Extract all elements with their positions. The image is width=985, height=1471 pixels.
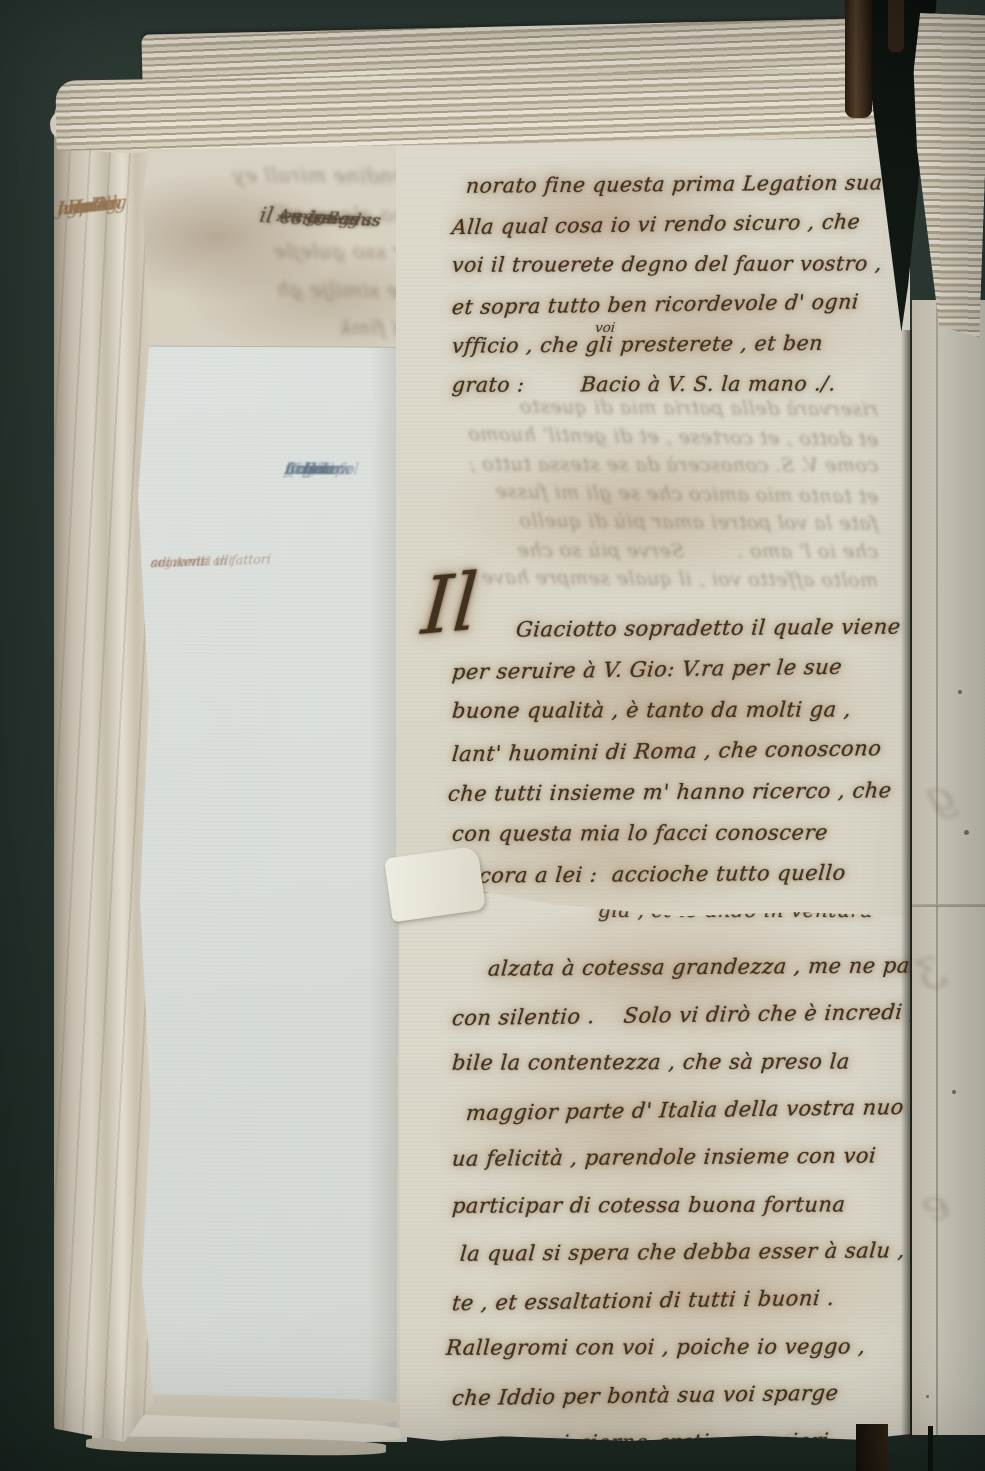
manuscript-line: lant' huomini di Roma , che conoscono (450, 728, 908, 775)
manuscript-line: maggior parte d' Italia della vostra nuo… (464, 1083, 912, 1137)
showthrough-line: et tanto mio amico che se gli mi fusse (451, 477, 880, 511)
right-page-lower-leaf: già , et io ando in ventura alzata à cot… (400, 876, 910, 1442)
manuscript-line: et sopra tutto ben ricordevole d' ogni (450, 281, 902, 327)
manuscript-line: per seruire à V. Gio: V.ra per le sue (450, 646, 908, 693)
showthrough-line: molto affetto voi , il quale sempre have (451, 563, 879, 595)
right-page-upper-leaf: · 6 · norato fine questa prima Legation … (396, 112, 910, 942)
binding-rod (888, 0, 904, 52)
manuscript-line: la qual si spera che debba esser à salu … (458, 1227, 912, 1278)
ink-speck (964, 830, 969, 835)
manuscript-photo-scene: hendine mirall eycho gle ve sillyfir sso… (0, 0, 985, 1471)
opening-paragraph: norato fine questa prima Legation sua .A… (452, 164, 900, 404)
ink-speck (958, 690, 962, 694)
page-edge-ink-fragments: JampechRadomihowburlewesta 2gHoldmargwee… (60, 157, 151, 167)
lower-paragraph: alzata à cotessa grandezza , me ne passe… (452, 944, 910, 1467)
gutter-shadow (901, 330, 912, 1440)
manuscript-line: alzata à cotessa grandezza , me ne passe… (486, 942, 912, 993)
manuscript-line: bile la contentezza , che sà preso la (450, 1038, 911, 1087)
manuscript-line: Giaciotto sopradetto il quale viene (514, 606, 907, 650)
torn-paper-sliver (384, 846, 486, 922)
book-top-page-edges (56, 67, 913, 150)
showthrough-line: et dotto , et cortese , et di gentil' hu… (451, 420, 880, 454)
showthrough-flourish: g (919, 767, 962, 824)
showthrough-line: come V. S. conoscerà da se stessa tutto … (451, 450, 879, 480)
manuscript-line: sopra ogni giorno gratie maggiori , (450, 1417, 912, 1468)
showthrough-flourish: ʒ (912, 937, 948, 993)
facing-page-strip: g ʒ e (912, 300, 985, 1435)
showthrough-smudge-lines: hendine mirall eycho gle ve sillyfir sso… (140, 156, 418, 346)
inkblot-showthrough-block: hendine mirall eycho gle ve sillyfir sso… (134, 146, 426, 372)
interlinear-insertion: voi (594, 320, 616, 336)
manuscript-line: Rallegromi con voi , poiche io veggo , (444, 1323, 911, 1372)
showthrough-line: hendine mirall ey (138, 155, 419, 195)
manuscript-line: ancora a lei : accioche tutto quello (450, 852, 907, 897)
ink-speck (926, 1395, 929, 1398)
binding-strap (856, 1424, 888, 1471)
margin-note-line: seguenti (150, 551, 206, 575)
manuscript-line: Alla qual cosa io vi rendo sicuro , che (450, 201, 902, 247)
manuscript-line: con questa mia lo facci conoscere (451, 812, 908, 855)
showthrough-word-column: Luc dycheborowvidalestraCon lepoGuaraqua… (288, 447, 406, 448)
manuscript-line: che Iddio per bontà sua voi sparge (450, 1368, 912, 1422)
manuscript-line: con silentio . Solo vi dirò che è incred… (450, 988, 912, 1042)
manuscript-line: buone qualità , è tanto da molti ga , (451, 689, 908, 732)
showthrough-line: mi fimk (138, 307, 419, 347)
second-paragraph: Giaciotto sopradetto il quale vieneper s… (452, 608, 906, 895)
showthrough-line: fir sso gulejle (139, 232, 420, 271)
manuscript-line: norato fine questa prima Legation sua . (464, 162, 901, 205)
sheet-edge-line (912, 904, 985, 907)
showthrough-line: fate la vol potrei amar più di quello (451, 506, 879, 538)
manuscript-line: ua felicità , parendole insieme con voi (450, 1132, 912, 1183)
manuscript-line: participar di cotessa buona fortuna (450, 1181, 911, 1230)
left-page-stack-edges: JampechRadomihowburlewesta 2gHoldmargwee… (54, 92, 154, 1442)
manuscript-line: te , et essaltationi di tutti i buoni . (450, 1273, 912, 1327)
showthrough-line: che io l' amo . Serve più so che (451, 536, 879, 566)
ink-speck (952, 1090, 956, 1094)
manuscript-line: vfficio , che gli presterete , et ben (450, 322, 901, 366)
binding-rod (845, 0, 872, 118)
manuscript-line: che tutti insieme m' hanno ricerco , che (446, 770, 907, 815)
ink-fragment: Au gailag (275, 201, 361, 235)
showthrough-paragraph: riservarà della patria mia di questoet d… (452, 394, 878, 594)
showthrough-word: bulle b (282, 447, 342, 492)
margin-annotation: aui Avvisi in fattoriadiacenti allisegue… (152, 548, 302, 553)
showthrough-flourish: e (915, 1177, 956, 1234)
page-crease (936, 300, 938, 1435)
binding-strap (928, 1426, 933, 1471)
edge-ink-fragment: ness (54, 163, 101, 254)
showthrough-line: ste similje gh (138, 268, 419, 310)
manuscript-line: voi il trouerete degno del fauor vostro … (451, 243, 902, 285)
showthrough-line: riservarà della patria mia di questo (451, 392, 879, 424)
